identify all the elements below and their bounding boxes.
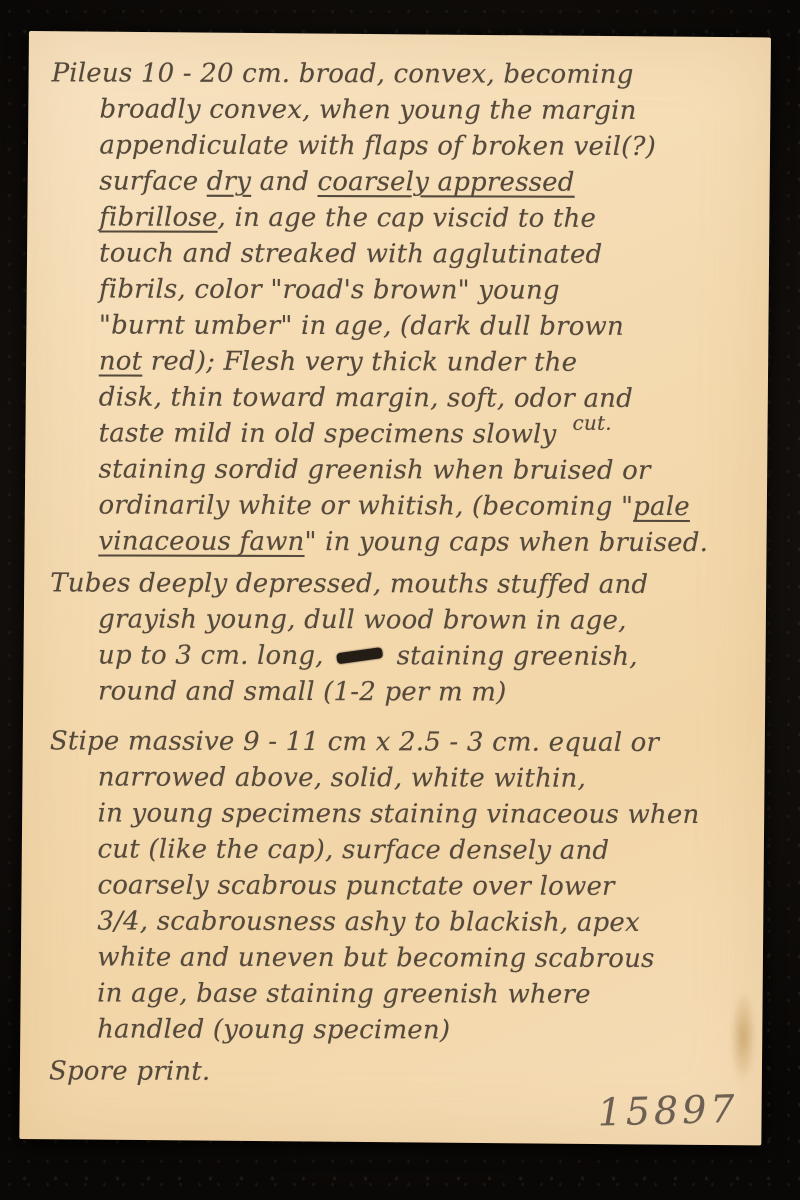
handwritten-line: coarsely scabrous punctate over lower xyxy=(97,867,751,905)
line-text: " in young caps when bruised. xyxy=(304,527,708,558)
handwritten-line: staining sordid greenish when bruised or xyxy=(99,451,753,489)
handwritten-line: grayish young, dull wood brown in age, xyxy=(98,601,752,639)
handwritten-line: disk, thin toward margin, soft, odor and xyxy=(99,379,753,417)
line-text: up to 3 cm. long, xyxy=(98,640,332,671)
line-text: Stipe massive 9 - 11 cm x 2.5 - 3 cm. eq… xyxy=(50,726,659,758)
line-text: Spore print. xyxy=(49,1056,211,1086)
line-text: white and uneven but becoming scabrous xyxy=(97,942,654,973)
handwritten-line: surface dry and coarsely appressed xyxy=(99,163,753,201)
line-text: grayish young, dull wood brown in age, xyxy=(98,604,626,635)
line-text: fibrils, color "road's brown" young xyxy=(99,274,560,305)
line-text: staining sordid greenish when bruised or xyxy=(99,454,651,485)
inserted-word-cut: cut. xyxy=(572,411,611,435)
handwritten-line: round and small (1-2 per m m) xyxy=(98,673,752,711)
handwritten-line: Stipe massive 9 - 11 cm x 2.5 - 3 cm. eq… xyxy=(50,723,752,761)
catalog-number: 15897 xyxy=(597,1087,739,1135)
handwritten-line: vinaceous fawn" in young caps when bruis… xyxy=(98,523,752,561)
handwritten-line: up to 3 cm. long, staining greenish, xyxy=(98,637,752,675)
handwritten-line: Pileus 10 - 20 cm. broad, convex, becomi… xyxy=(52,55,754,93)
handwritten-line: not red); Flesh very thick under the xyxy=(99,343,753,381)
handwritten-line: touch and streaked with agglutinated xyxy=(99,235,753,273)
handwritten-text-block: Pileus 10 - 20 cm. broad, convex, becomi… xyxy=(49,55,754,1091)
line-text: cut (like the cap), surface densely and xyxy=(98,834,610,865)
line-text: in young specimens staining vinaceous wh… xyxy=(98,798,700,830)
line-text: handled (young specimen) xyxy=(97,1014,450,1045)
line-text: surface xyxy=(99,166,207,196)
handwritten-line: 3/4, scabrousness ashy to blackish, apex xyxy=(97,903,751,941)
underlined-word: coarsely appressed xyxy=(318,167,575,198)
handwritten-line: Spore print. xyxy=(49,1053,751,1091)
line-text: touch and streaked with agglutinated xyxy=(99,238,602,269)
line-text: narrowed above, solid, white within, xyxy=(98,762,586,793)
handwritten-line: "burnt umber" in age, (dark dull brown xyxy=(99,307,753,345)
line-text: , in age the cap viscid to the xyxy=(218,203,597,234)
line-text: round and small (1-2 per m m) xyxy=(98,676,507,707)
line-text: in age, base staining greenish where xyxy=(97,978,591,1009)
handwritten-line: Tubes deeply depressed, mouths stuffed a… xyxy=(50,565,752,603)
underlined-word: not xyxy=(99,346,143,376)
handwritten-line: fibrillose, in age the cap viscid to the xyxy=(99,199,753,237)
handwritten-line: ordinarily white or whitish, (becoming "… xyxy=(98,487,752,525)
line-text: staining greenish, xyxy=(388,641,638,672)
underlined-word: dry xyxy=(207,167,251,197)
line-text: Tubes deeply depressed, mouths stuffed a… xyxy=(50,568,648,600)
handwritten-line: appendiculate with flaps of broken veil(… xyxy=(99,127,753,165)
underlined-word: vinaceous fawn xyxy=(98,526,304,557)
line-text: ordinarily white or whitish, (becoming " xyxy=(98,490,633,521)
handwritten-line: in young specimens staining vinaceous wh… xyxy=(98,795,752,833)
handwritten-line: handled (young specimen) xyxy=(97,1011,751,1049)
line-text: 3/4, scabrousness ashy to blackish, apex xyxy=(97,906,640,937)
handwritten-line: in age, base staining greenish where xyxy=(97,975,751,1013)
line-text: Pileus 10 - 20 cm. broad, convex, becomi… xyxy=(52,58,634,90)
underlined-word: fibrillose xyxy=(99,202,217,232)
line-text: disk, thin toward margin, soft, odor and xyxy=(99,382,633,413)
line-text: appendiculate with flaps of broken veil(… xyxy=(99,130,656,161)
line-text: coarsely scabrous punctate over lower xyxy=(97,870,614,901)
handwritten-line: fibrils, color "road's brown" young xyxy=(99,271,753,309)
handwritten-line: cut (like the cap), surface densely and xyxy=(98,831,752,869)
handwritten-line: taste mild in old specimens slowlycut. xyxy=(99,415,753,453)
line-text: taste mild in old specimens slowly xyxy=(99,418,557,449)
handwritten-line: broadly convex, when young the margin xyxy=(99,91,753,129)
note-card: Pileus 10 - 20 cm. broad, convex, becomi… xyxy=(19,31,771,1145)
line-text: broadly convex, when young the margin xyxy=(99,94,636,125)
scribbled-out-word xyxy=(336,647,383,664)
stain-mark xyxy=(730,989,757,1084)
underlined-word: pale xyxy=(633,492,690,522)
handwritten-line: narrowed above, solid, white within, xyxy=(98,759,752,797)
handwritten-line: white and uneven but becoming scabrous xyxy=(97,939,751,977)
line-text: and xyxy=(251,167,318,197)
line-text: "burnt umber" in age, (dark dull brown xyxy=(99,310,624,341)
line-text: red); Flesh very thick under the xyxy=(142,347,577,378)
